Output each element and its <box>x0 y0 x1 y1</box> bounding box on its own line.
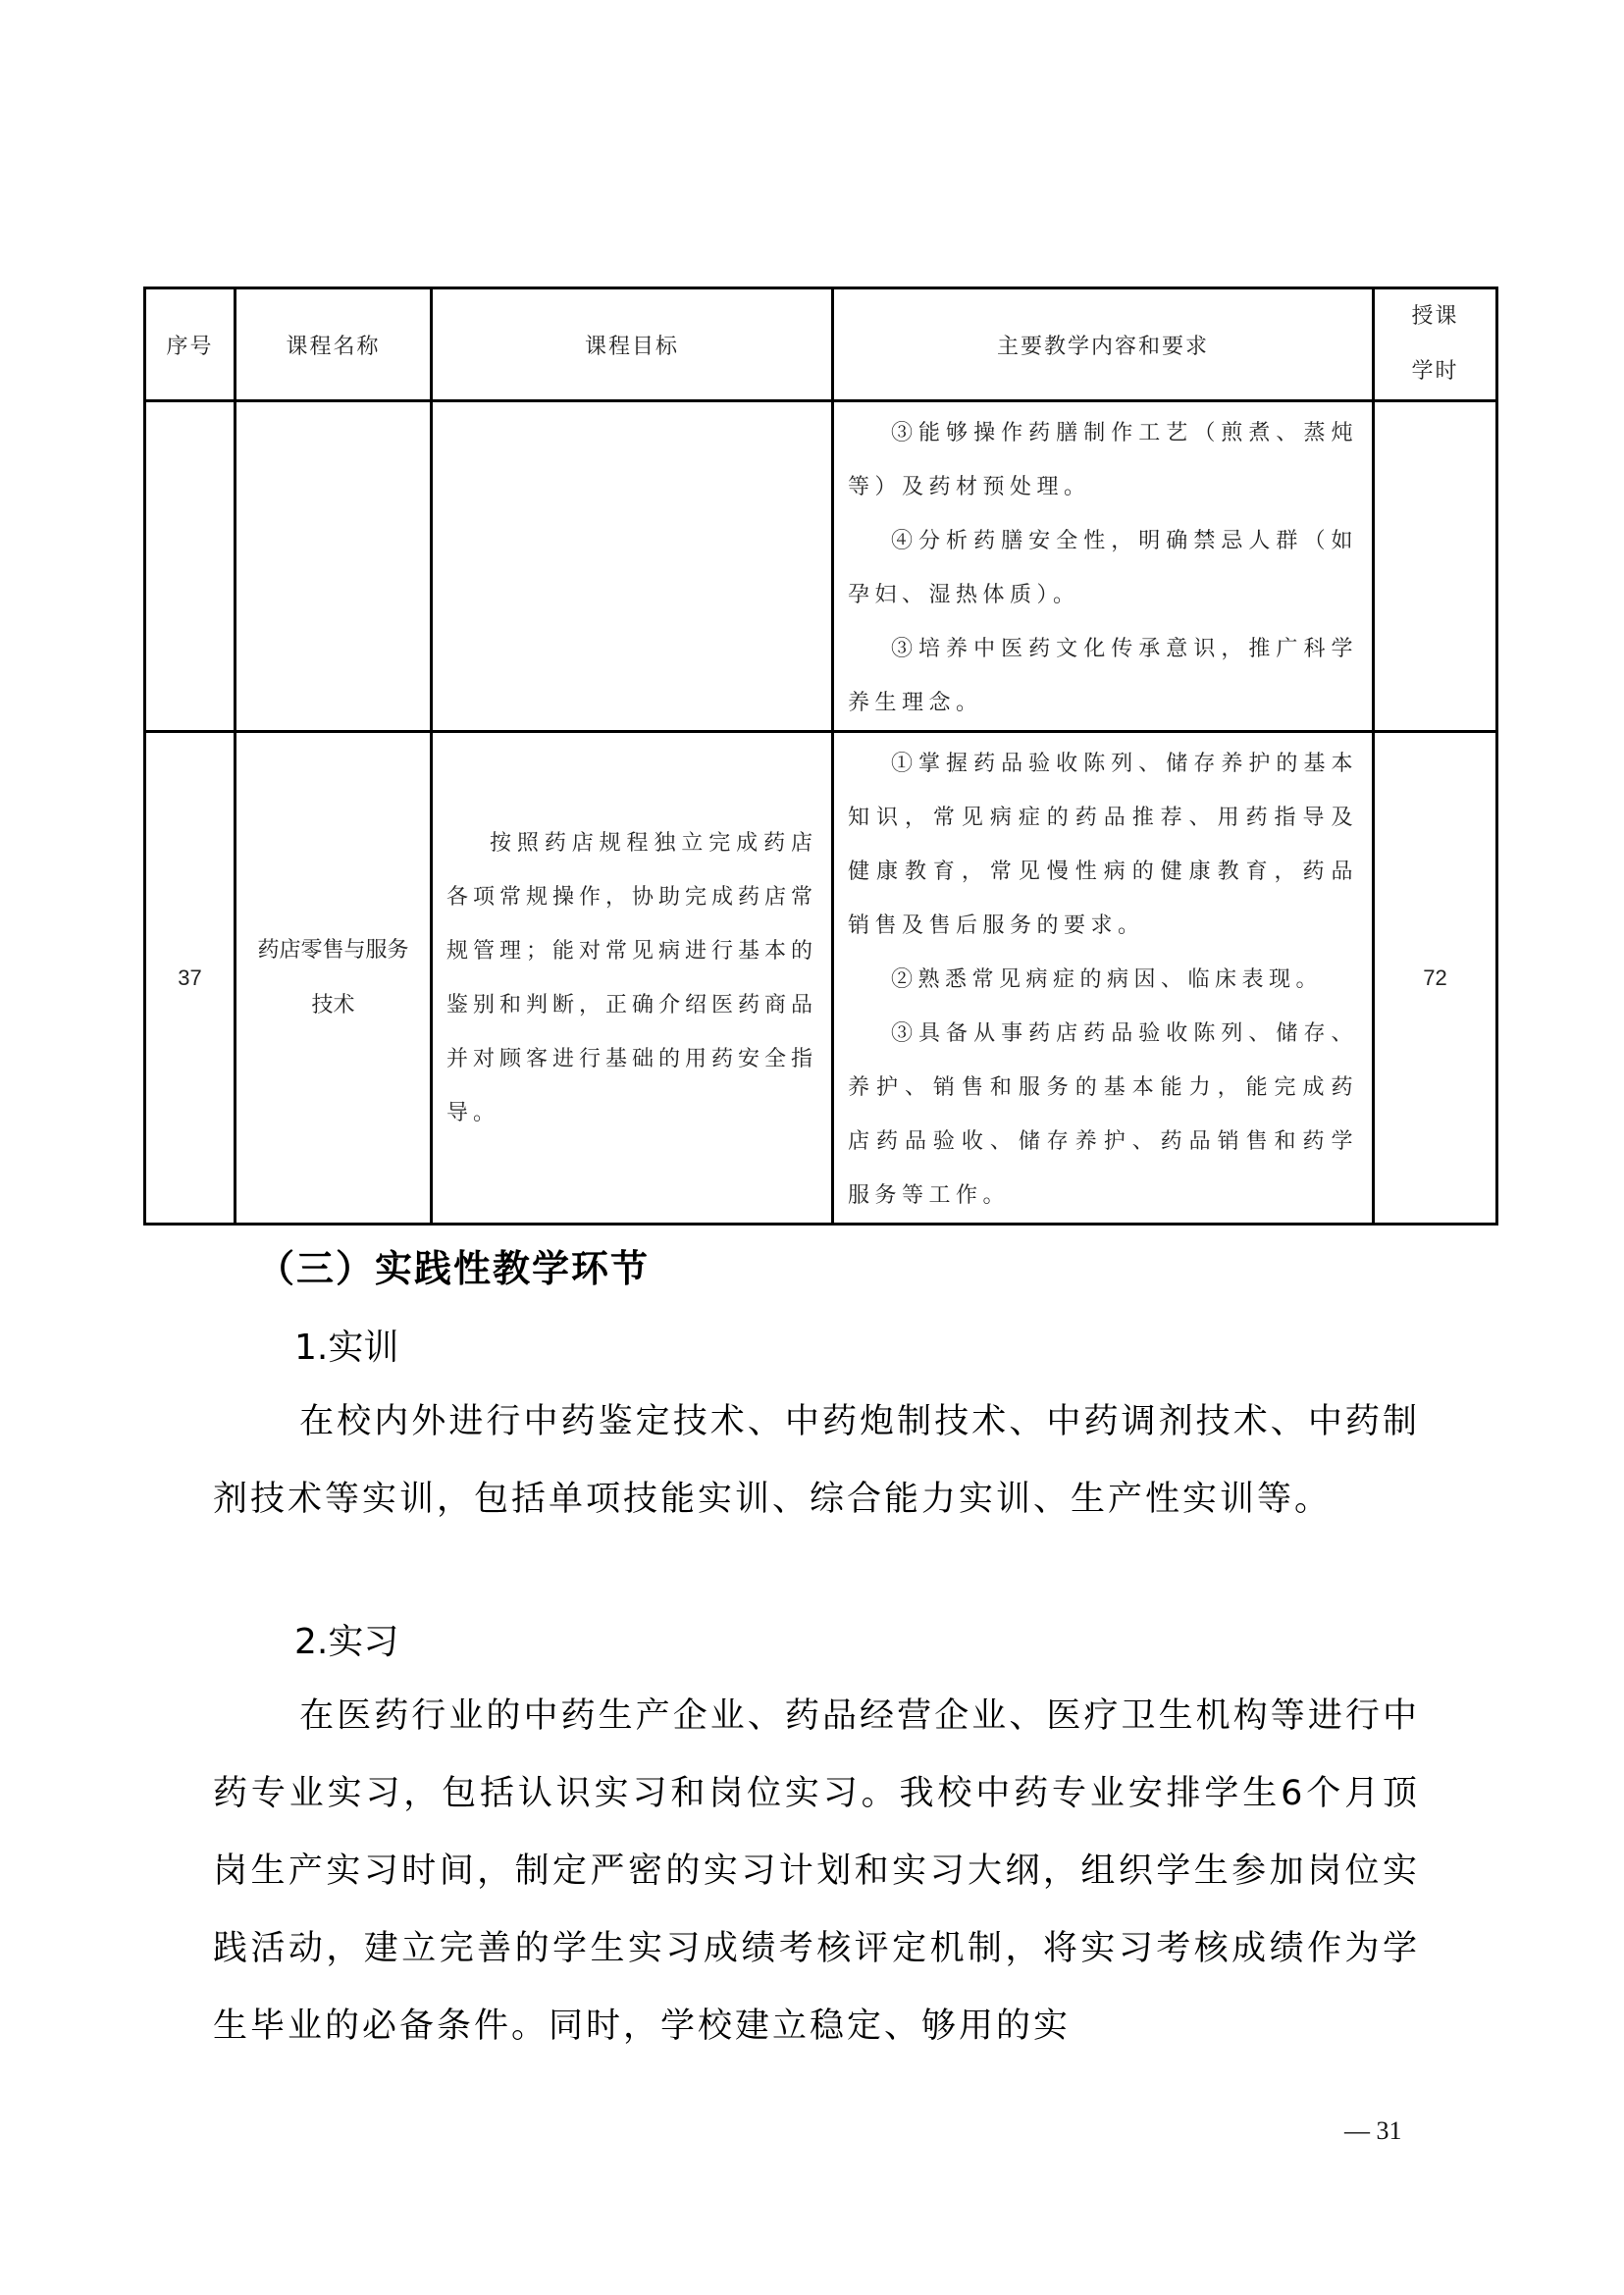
content-item: ③培养中医药文化传承意识，推广科学养生理念。 <box>848 622 1358 730</box>
header-course-name: 课程名称 <box>236 288 432 401</box>
header-content: 主要教学内容和要求 <box>833 288 1374 401</box>
content-item: ③具备从事药店药品验收陈列、储存、养护、销售和服务的基本能力，能完成药店药品验收… <box>848 1007 1358 1223</box>
content-item: ①掌握药品验收陈列、储存养护的基本知识，常见病症的药品推荐、用药指导及健康教育，… <box>848 737 1358 953</box>
subsection-heading-training: 1.实训 <box>294 1320 398 1370</box>
paragraph-training: 在校内外进行中药鉴定技术、中药炮制技术、中药调剂技术、中药制剂技术等实训，包括单… <box>213 1383 1420 1539</box>
row-content: ①掌握药品验收陈列、储存养护的基本知识，常见病症的药品推荐、用药指导及健康教育，… <box>833 732 1374 1225</box>
table-row: 37 药店零售与服务技术 按照药店规程独立完成药店各项常规操作，协助完成药店常规… <box>145 732 1497 1225</box>
document-page: 序号 课程名称 课程目标 主要教学内容和要求 授课 学时 ③能够操作药膳制作工艺… <box>0 0 1624 2295</box>
section-title: （三）实践性教学环节 <box>257 1238 650 1292</box>
paragraph-internship-text: 在医药行业的中药生产企业、药品经营企业、医疗卫生机构等进行中药专业实习，包括认识… <box>213 1696 1420 2046</box>
header-hours-line1: 授课 <box>1411 304 1458 329</box>
page-number: — 31 <box>1344 2116 1402 2146</box>
table-row: ③能够操作药膳制作工艺（煎煮、蒸炖等）及药材预处理。 ④分析药膳安全性，明确禁忌… <box>145 401 1497 732</box>
course-table: 序号 课程名称 课程目标 主要教学内容和要求 授课 学时 ③能够操作药膳制作工艺… <box>143 287 1498 1226</box>
row-course-name: 药店零售与服务技术 <box>236 732 432 1225</box>
course-goal-text: 按照药店规程独立完成药店各项常规操作，协助完成药店常规管理；能对常见病进行基本的… <box>446 816 817 1140</box>
row-course-goal <box>432 401 833 732</box>
row-seq <box>145 401 236 732</box>
content-item: ②熟悉常见病症的病因、临床表现。 <box>848 953 1358 1007</box>
header-course-goal: 课程目标 <box>432 288 833 401</box>
content-item: ③能够操作药膳制作工艺（煎煮、蒸炖等）及药材预处理。 <box>848 406 1358 514</box>
header-hours: 授课 学时 <box>1374 288 1497 401</box>
content-item: ④分析药膳安全性，明确禁忌人群（如孕妇、湿热体质）。 <box>848 514 1358 622</box>
row-course-name <box>236 401 432 732</box>
subsection-heading-internship: 2.实习 <box>294 1614 398 1664</box>
paragraph-internship: 在医药行业的中药生产企业、药品经营企业、医疗卫生机构等进行中药专业实习，包括认识… <box>213 1678 1420 2065</box>
row-hours: 72 <box>1374 732 1497 1225</box>
paragraph-training-text: 在校内外进行中药鉴定技术、中药炮制技术、中药调剂技术、中药制剂技术等实训，包括单… <box>213 1402 1420 1519</box>
table-header-row: 序号 课程名称 课程目标 主要教学内容和要求 授课 学时 <box>145 288 1497 401</box>
row-seq: 37 <box>145 732 236 1225</box>
header-hours-line2: 学时 <box>1411 359 1458 384</box>
header-seq: 序号 <box>145 288 236 401</box>
row-course-goal: 按照药店规程独立完成药店各项常规操作，协助完成药店常规管理；能对常见病进行基本的… <box>432 732 833 1225</box>
row-hours <box>1374 401 1497 732</box>
row-content: ③能够操作药膳制作工艺（煎煮、蒸炖等）及药材预处理。 ④分析药膳安全性，明确禁忌… <box>833 401 1374 732</box>
